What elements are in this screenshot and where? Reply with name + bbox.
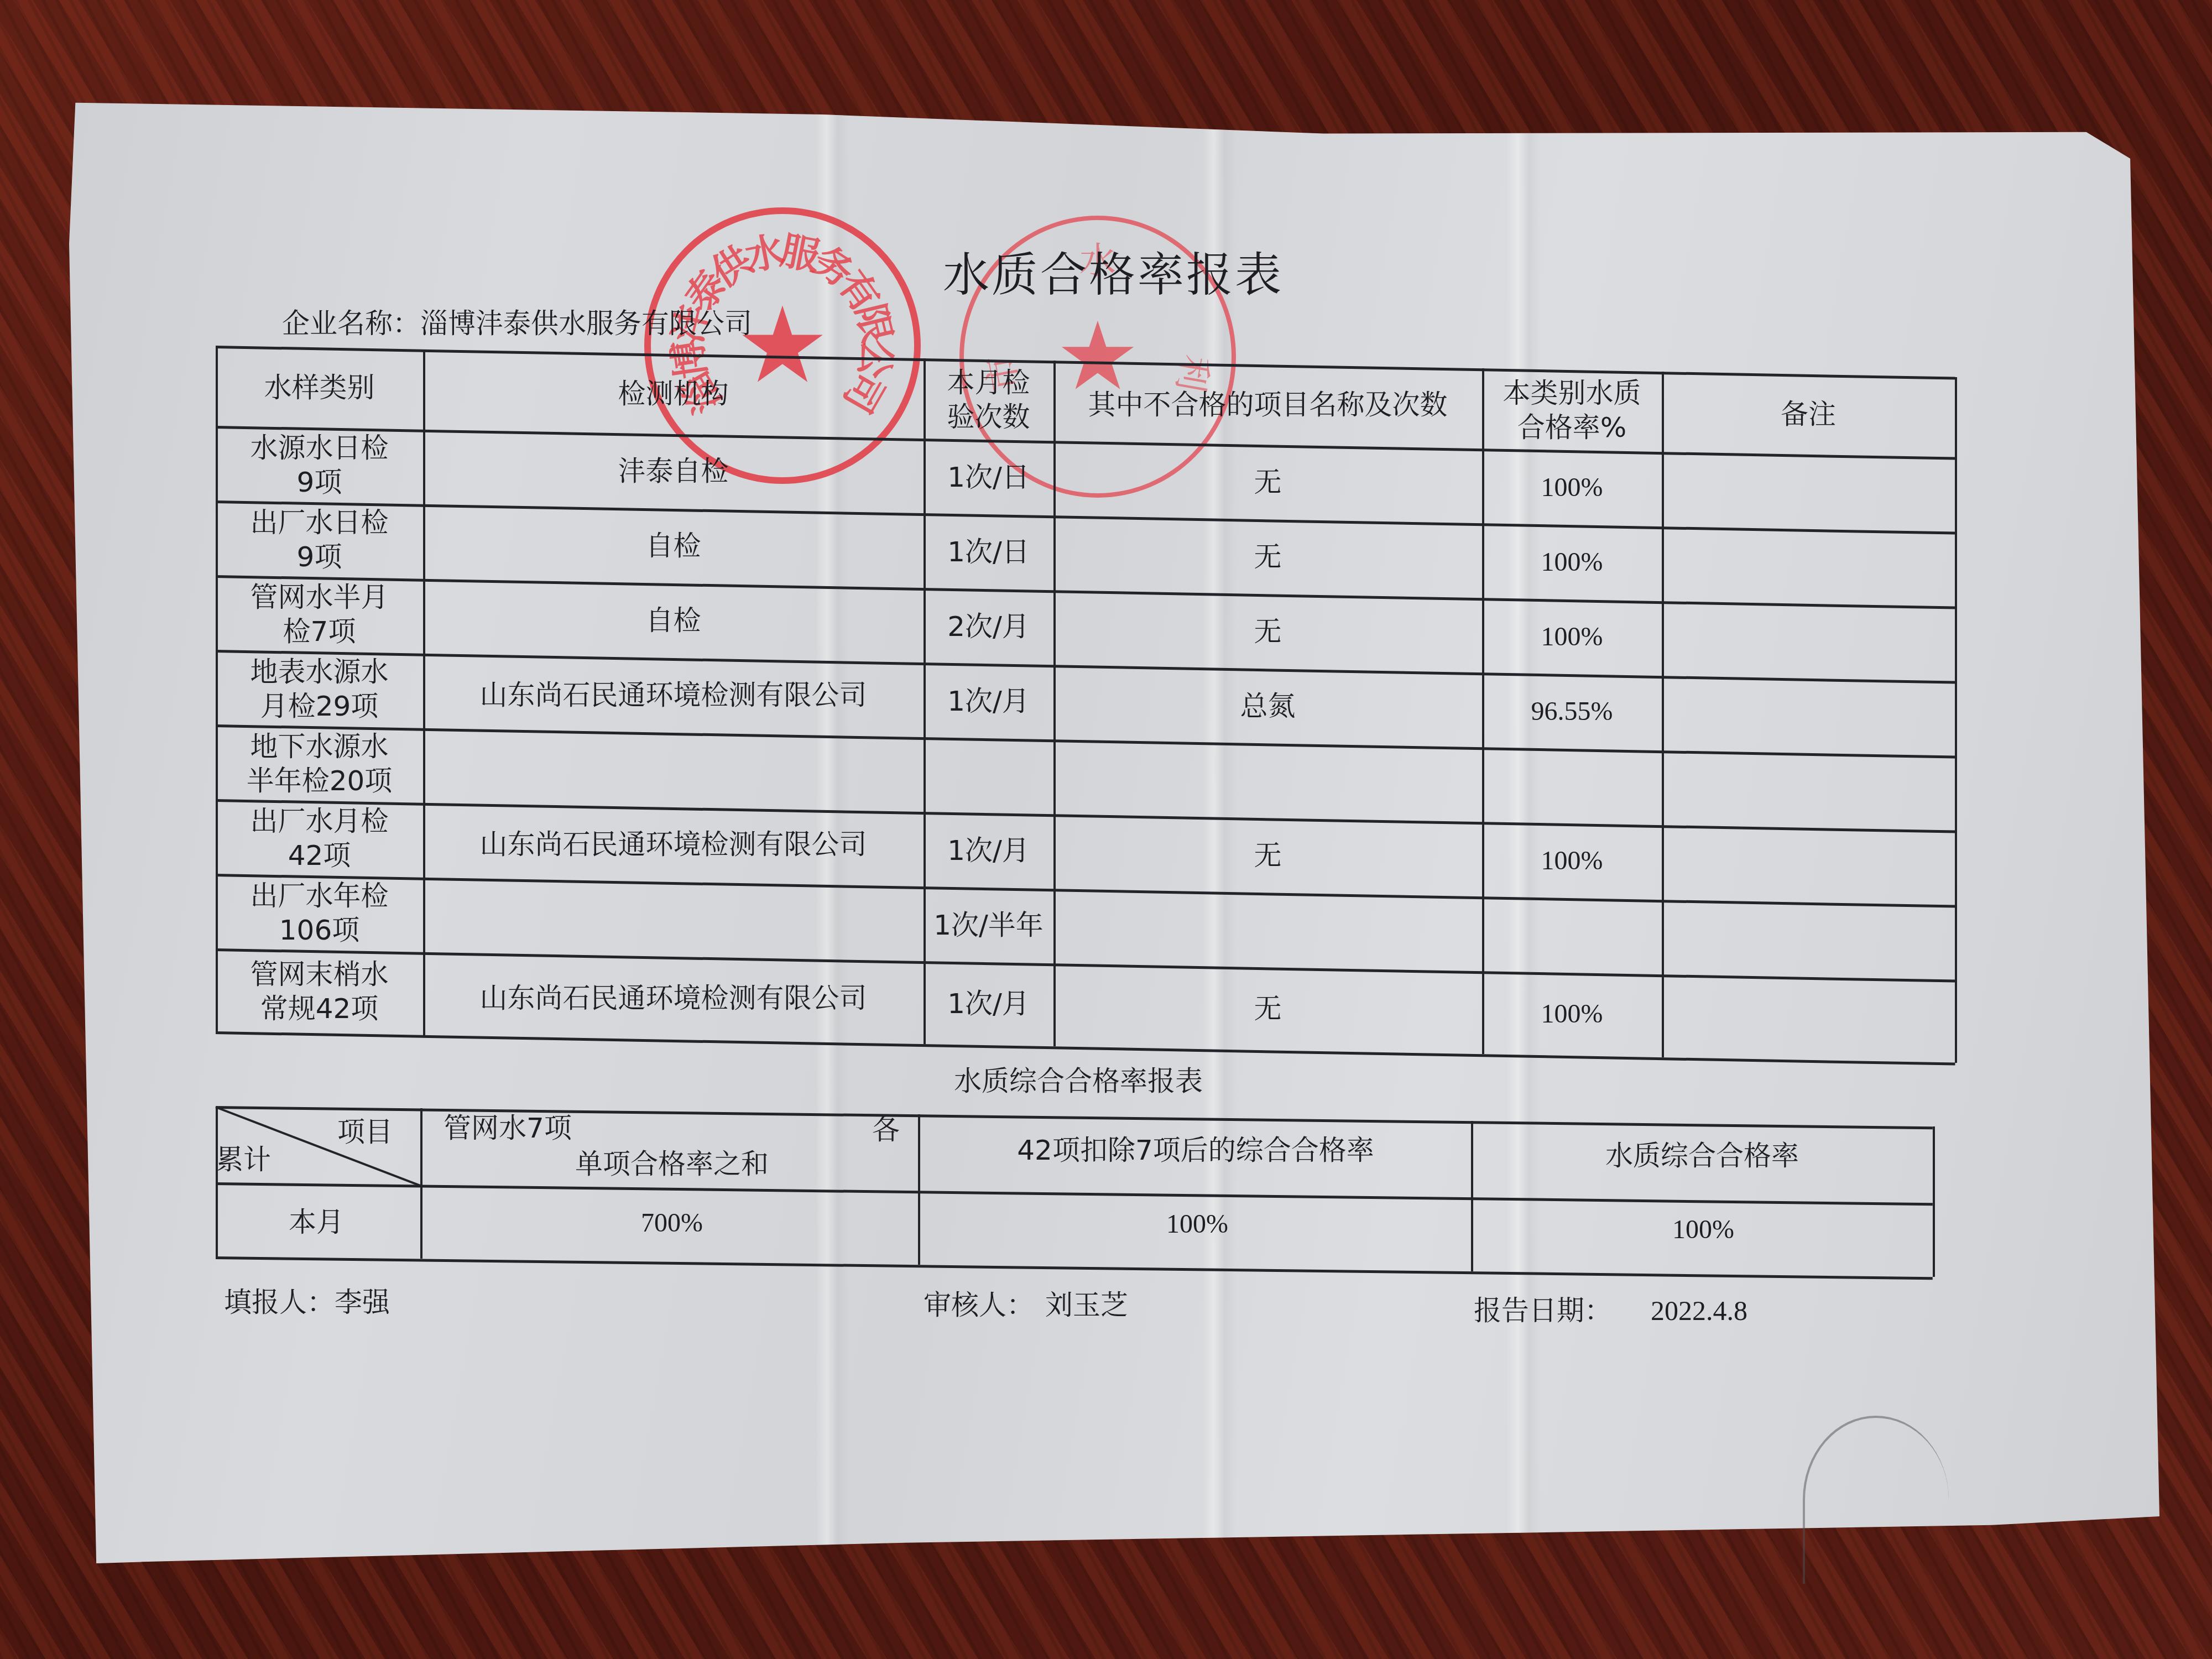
table-rule: [420, 1108, 422, 1259]
table-rule: [1053, 361, 1056, 1046]
overall-pass-rate-value: 100%: [1672, 1213, 1734, 1247]
sum-pass-rate-value: 700%: [641, 1206, 703, 1240]
cell-failed-items: 无: [1254, 838, 1282, 873]
cell-sample-category: 出厂水年检 106项: [251, 879, 389, 947]
cell-failed-items: 无: [1254, 465, 1282, 499]
cell-pass-rate: 100%: [1541, 471, 1603, 505]
reviewer-field: 审核人：刘玉芝: [924, 1283, 1128, 1323]
report-date-label: 报告日期：: [1474, 1295, 1612, 1327]
table-rule: [216, 1106, 218, 1256]
header-sample-category: 水样类别: [264, 371, 375, 405]
cell-sample-category: 水源水日检 9项: [251, 431, 389, 499]
header-remarks: 备注: [1781, 397, 1836, 431]
corner-header-cumulative: 累计: [216, 1142, 271, 1177]
cell-sample-category: 管网水半月 检7项: [251, 580, 389, 649]
reporter-label: 填报人：: [224, 1286, 335, 1318]
company-seal-stamp: ★ 淄博沣泰供水服务有限公司: [644, 207, 921, 484]
cell-testing-agency: 自检: [646, 529, 701, 563]
header-monthly-frequency: 本月检 验次数: [947, 366, 1030, 434]
cell-failed-items: 无: [1254, 992, 1282, 1026]
cell-pass-rate: 100%: [1541, 997, 1603, 1031]
cell-failed-items: 总氮: [1240, 689, 1296, 723]
table-rule: [1933, 1126, 1935, 1277]
paper-curl: [1803, 1416, 1949, 1584]
reporter-name: 李强: [335, 1286, 390, 1318]
cell-testing-agency: 山东尚石民通环境检测有限公司: [480, 678, 867, 712]
document-title: 水质合格率报表: [943, 238, 1284, 305]
cell-frequency: 1次/月: [947, 987, 1030, 1021]
cell-testing-agency: 山东尚石民通环境检测有限公司: [480, 827, 867, 862]
reviewer-name: 刘玉芝: [1045, 1289, 1128, 1321]
cell-sample-category: 出厂水月检 42项: [251, 804, 389, 873]
cell-frequency: 1次/半年: [933, 908, 1044, 942]
cell-frequency: 1次/日: [947, 460, 1030, 494]
table-rule: [924, 358, 926, 1044]
cell-frequency: 1次/月: [947, 684, 1030, 718]
cell-pass-rate: 100%: [1541, 620, 1603, 654]
cell-frequency: 1次/月: [947, 833, 1030, 868]
cell-failed-items: 无: [1254, 540, 1282, 574]
summary-table-title: 水质综合合格率报表: [954, 1059, 1203, 1099]
col1-header-left: 管网水7项: [444, 1111, 572, 1145]
table-rule: [216, 346, 218, 1031]
table-rule: [1471, 1121, 1473, 1271]
cell-failed-items: 无: [1254, 614, 1282, 649]
table-rule: [423, 349, 425, 1035]
reviewer-label: 审核人：: [924, 1289, 1034, 1321]
cell-pass-rate: 100%: [1541, 545, 1603, 580]
col1-header-line2: 单项合格率之和: [575, 1147, 769, 1181]
cell-testing-agency: 沣泰自检: [618, 454, 729, 488]
row-label-this-month: 本月: [289, 1205, 344, 1239]
header-testing-agency: 检测机构: [618, 377, 729, 411]
report-date-value: 2022.4.8: [1651, 1295, 1747, 1326]
table-rule: [1955, 377, 1957, 1063]
table-rule: [1662, 372, 1664, 1057]
cell-frequency: 1次/日: [947, 535, 1030, 569]
table-rule: [918, 1114, 920, 1265]
col3-header: 水质综合合格率: [1605, 1139, 1799, 1173]
company-name: 淄博沣泰供水服务有限公司: [420, 307, 752, 340]
cell-sample-category: 地表水源水 月检29项: [251, 655, 389, 723]
company-label: 企业名称：: [282, 307, 420, 340]
paper-crease: [1507, 97, 1540, 1568]
company-line: 企业名称：淄博沣泰供水服务有限公司: [282, 301, 752, 341]
cell-pass-rate: 96.55%: [1531, 695, 1613, 729]
col1-header-right: 各: [872, 1113, 900, 1147]
composite-pass-rate-42-value: 100%: [1166, 1207, 1228, 1241]
cell-sample-category: 出厂水日检 9项: [251, 505, 389, 574]
cell-testing-agency: 自检: [646, 603, 701, 638]
col2-header: 42项扣除7项后的综合合格率: [1017, 1133, 1374, 1167]
header-failed-items: 其中不合格的项目名称及次数: [1088, 388, 1448, 422]
cell-sample-category: 管网末梢水 常规42项: [251, 957, 389, 1026]
report-date-field: 报告日期：2022.4.8: [1474, 1288, 1747, 1328]
corner-header-item: 项目: [337, 1115, 393, 1149]
header-pass-rate: 本类别水质 合格率%: [1503, 376, 1641, 445]
cell-sample-category: 地下水源水 半年检20项: [247, 729, 393, 798]
table-rule: [1482, 368, 1484, 1054]
cell-frequency: 2次/月: [947, 609, 1030, 644]
cell-testing-agency: 山东尚石民通环境检测有限公司: [480, 981, 867, 1015]
cell-pass-rate: 100%: [1541, 844, 1603, 878]
reporter-field: 填报人：李强: [224, 1280, 390, 1320]
